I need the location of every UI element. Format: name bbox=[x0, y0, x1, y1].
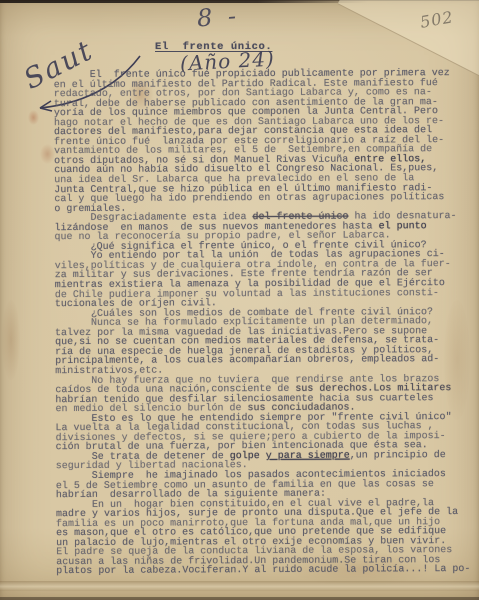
paper-stain bbox=[2, 300, 20, 380]
page-number-annotation: 8 - bbox=[196, 2, 241, 33]
paper-crease bbox=[0, 581, 479, 591]
document-body: El frente único fué propiciado publicame… bbox=[54, 69, 479, 577]
paper-stain bbox=[40, 144, 55, 164]
document-page: 8 - 502 Saut El frente único. (Año 24) E… bbox=[0, 0, 479, 600]
typed-line: platos por la cabeza.Vociferan.Y al ruid… bbox=[56, 565, 479, 577]
